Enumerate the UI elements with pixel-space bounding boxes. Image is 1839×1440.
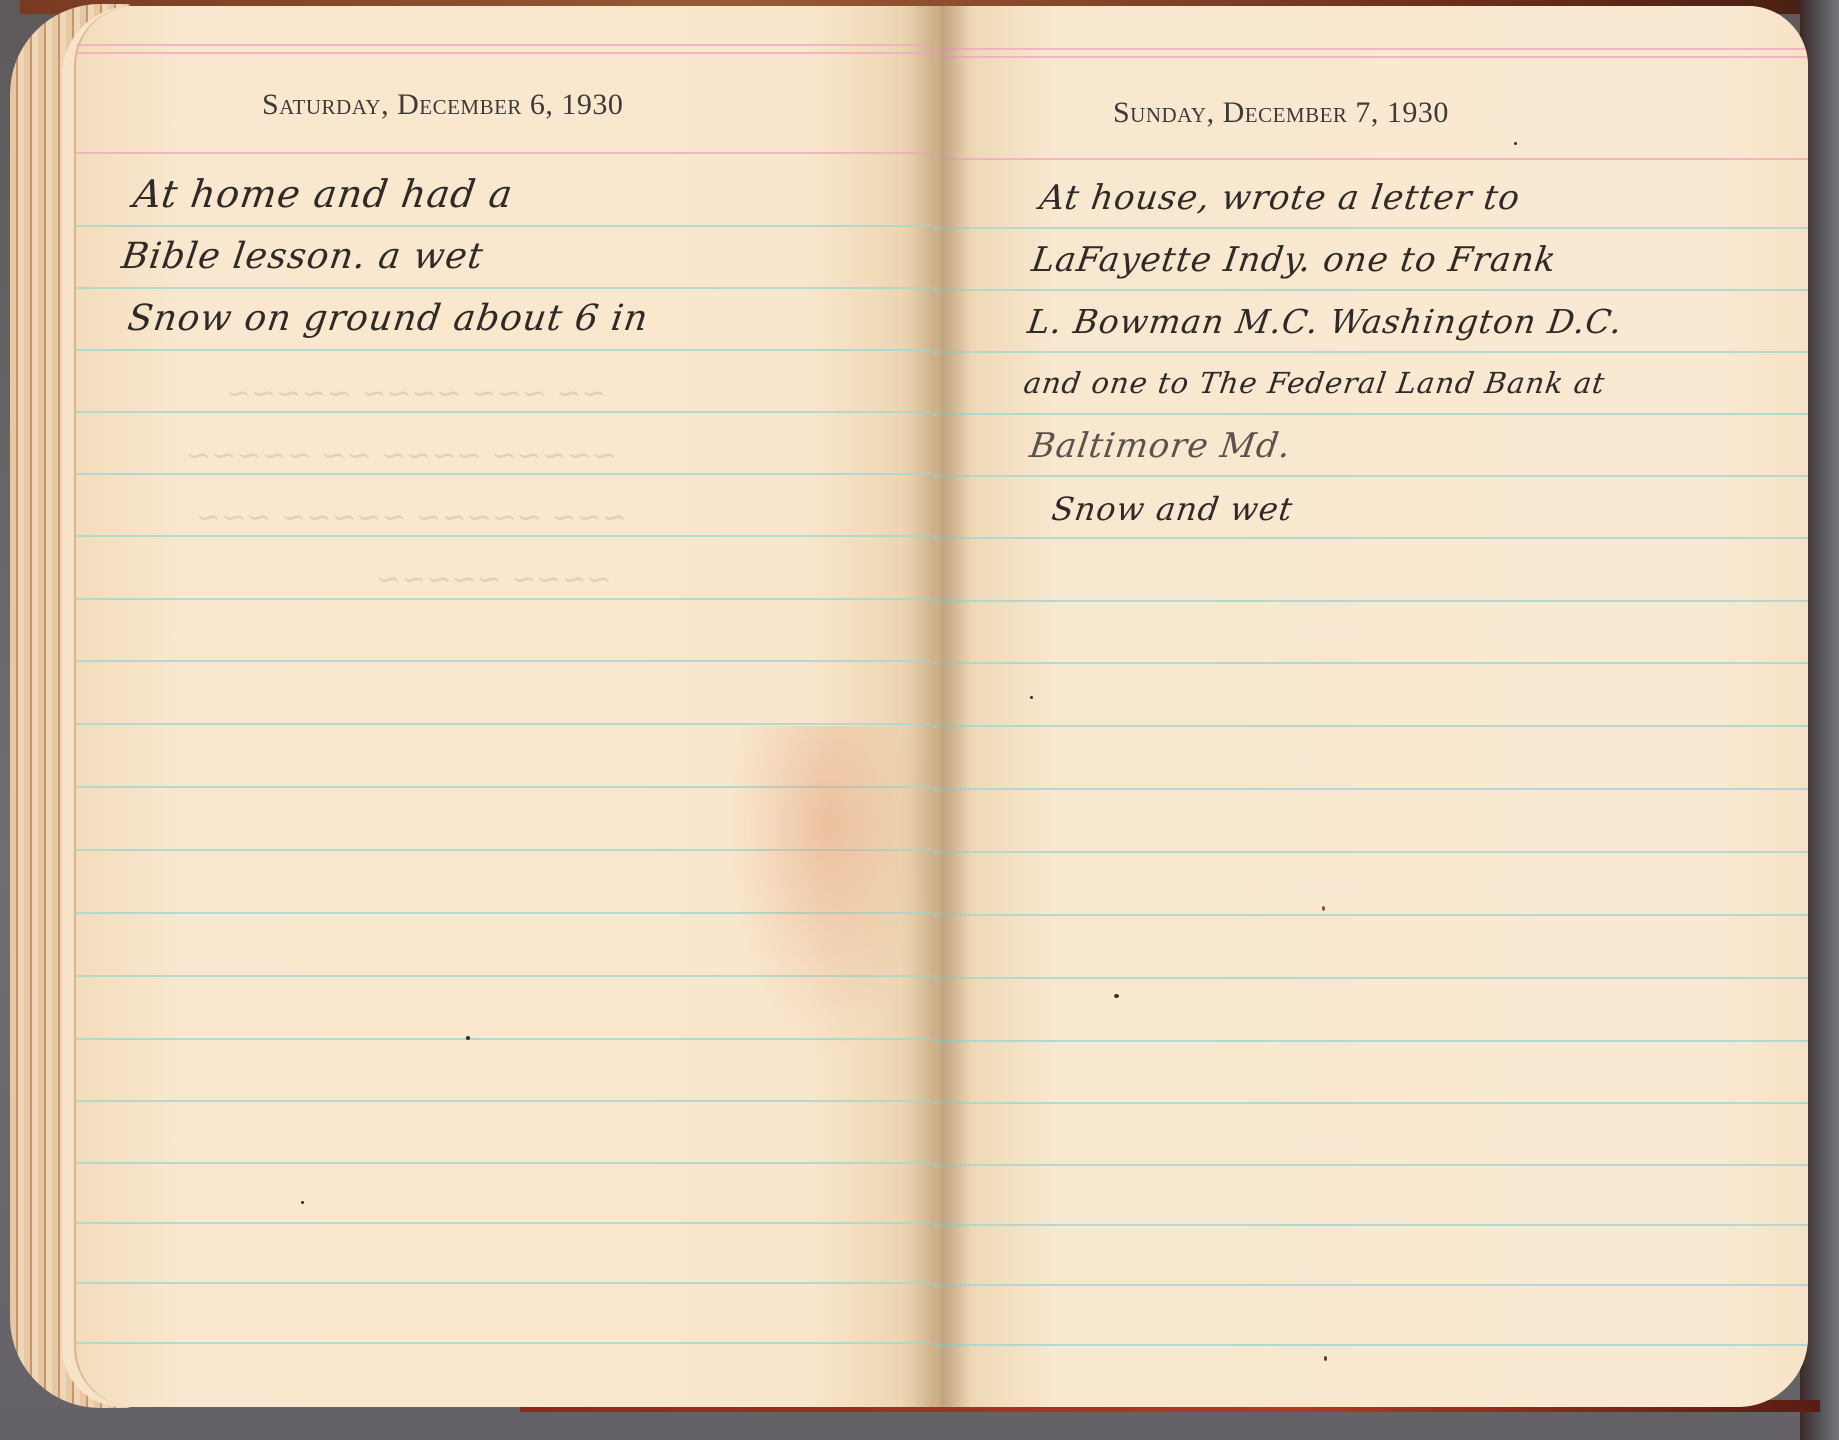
diary-spread: Saturday, December 6, 1930 ~~ ~~~ ~~~~ ~…: [62, 6, 1808, 1407]
ruled-line: [76, 287, 934, 289]
ruled-line: [932, 289, 1808, 291]
ruled-line: [932, 227, 1808, 229]
ruled-line: [932, 851, 1808, 853]
ruled-line: [932, 475, 1808, 477]
water-stain: [726, 726, 926, 1056]
bleed-through-text: ~~~~~ ~~~~ ~~ ~~~~~: [186, 438, 617, 473]
ruled-line: [76, 1222, 934, 1224]
entry-line: Snow on ground about 6 in: [125, 298, 651, 339]
entry-line: Bible lesson. a wet: [119, 236, 486, 277]
ruled-line: [76, 1342, 934, 1344]
bleed-through-text: ~~~ ~~~~~ ~~~~~ ~~~: [196, 500, 627, 535]
ruled-line: [932, 537, 1808, 539]
left-page: Saturday, December 6, 1930 ~~ ~~~ ~~~~ ~…: [74, 6, 934, 1407]
ruled-line: [932, 1102, 1808, 1104]
ruled-line: [932, 1040, 1808, 1042]
ruled-line: [76, 535, 934, 537]
top-rule: [76, 44, 934, 46]
ruled-line: [76, 660, 934, 662]
header-rule: [932, 158, 1808, 160]
ruled-line: [76, 411, 934, 413]
ruled-line: [76, 723, 934, 725]
top-rule: [932, 48, 1808, 50]
paper-speck: [466, 1036, 470, 1040]
ruled-line: [76, 225, 934, 227]
paper-speck: [1030, 696, 1033, 699]
entry-line: At home and had a: [131, 172, 516, 216]
ruled-line: [76, 1162, 934, 1164]
ruled-line: [76, 349, 934, 351]
book-gutter: [910, 6, 970, 1407]
ruled-line: [932, 662, 1808, 664]
entry-line: Snow and wet: [1049, 490, 1295, 528]
date-header-saturday: Saturday, December 6, 1930: [262, 88, 623, 122]
paper-speck: [1514, 142, 1517, 145]
ruled-line: [932, 600, 1808, 602]
ruled-line: [932, 1344, 1808, 1346]
entry-line: At house, wrote a letter to: [1037, 178, 1523, 218]
ruled-line: [932, 725, 1808, 727]
ruled-line: [932, 788, 1808, 790]
ruled-line: [932, 413, 1808, 415]
paper-speck: [1324, 1356, 1327, 1361]
ruled-line: [932, 1284, 1808, 1286]
paper-speck: [1114, 994, 1119, 998]
right-page: Sunday, December 7, 1930 At house, wrote…: [932, 6, 1808, 1407]
ruled-line: [932, 914, 1808, 916]
entry-line: Baltimore Md.: [1027, 426, 1294, 466]
ruled-line: [932, 1224, 1808, 1226]
entry-line: and one to The Federal Land Bank at: [1022, 366, 1608, 400]
bleed-through-text: ~~ ~~~ ~~~~ ~~~~~: [226, 376, 607, 411]
paper-speck: [1322, 906, 1325, 911]
date-header-sunday: Sunday, December 7, 1930: [1113, 96, 1449, 130]
paper-speck: [301, 1201, 304, 1204]
top-rule: [76, 52, 934, 54]
entry-line: L. Bowman M.C. Washington D.C.: [1025, 302, 1625, 341]
ruled-line: [76, 1100, 934, 1102]
ruled-line: [76, 598, 934, 600]
entry-line: LaFayette Indy. one to Frank: [1029, 240, 1559, 280]
ruled-line: [76, 1282, 934, 1284]
bleed-through-text: ~~~~ ~~~~~: [376, 562, 612, 597]
ruled-line: [932, 977, 1808, 979]
ruled-line: [932, 351, 1808, 353]
ruled-line: [932, 1164, 1808, 1166]
top-rule: [932, 56, 1808, 58]
ruled-line: [76, 473, 934, 475]
header-rule: [76, 152, 934, 154]
